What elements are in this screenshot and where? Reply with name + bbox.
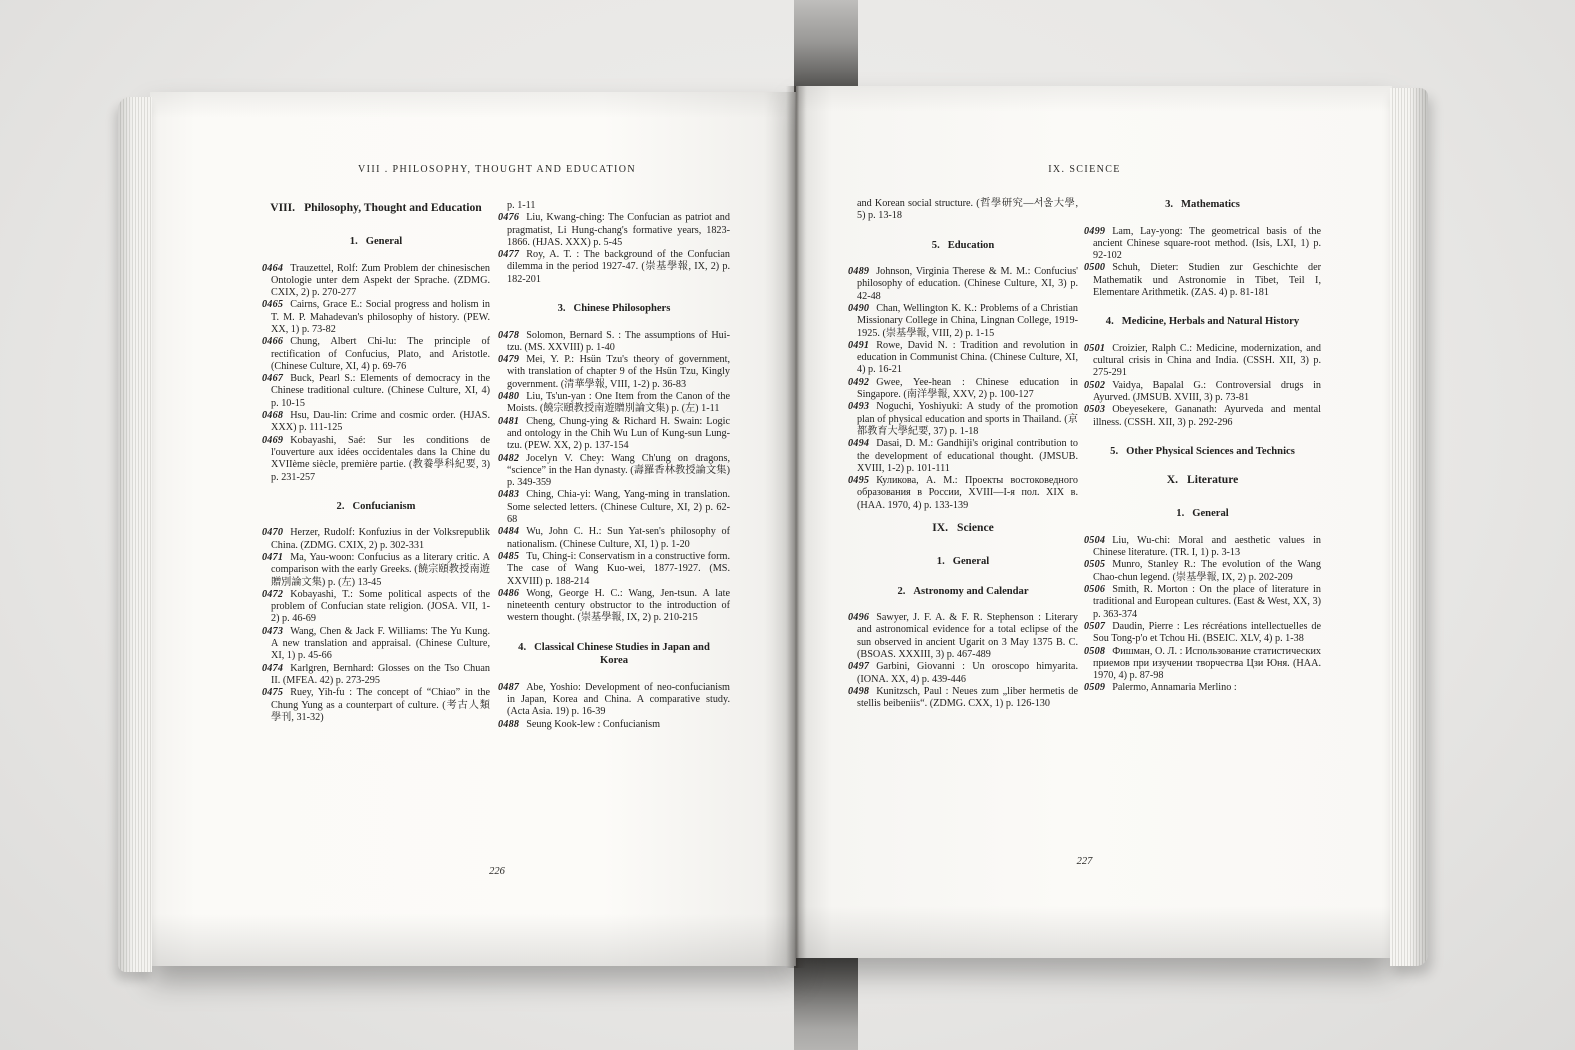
bibliography-entry: 0481Cheng, Chung-ying & Richard H. Swain… — [498, 416, 730, 453]
entry-text: Schuh, Dieter: Studien zur Geschichte de… — [1093, 262, 1321, 298]
left-page-column-2: p. 1-110476Liu, Kwang-ching: The Confuci… — [498, 200, 730, 731]
bibliography-entry: 0500Schuh, Dieter: Studien zur Geschicht… — [1084, 262, 1321, 299]
right-page-edge-stack — [1390, 88, 1428, 966]
bibliography-entry: 0468Hsu, Dau-lin: Crime and cosmic order… — [262, 410, 490, 435]
entry-text: Sawyer, J. F. A. & F. R. Stephenson : Li… — [857, 612, 1078, 660]
bibliography-entry: 0494Dasai, D. M.: Gandhiji's original co… — [848, 438, 1078, 475]
section-number: 5. — [1110, 446, 1118, 457]
right-page-column-1: and Korean social structure. (哲學研究—서울大學,… — [848, 198, 1078, 710]
entry-number: 0494 — [848, 438, 869, 449]
section-heading: 3.Chinese Philosophers — [498, 302, 730, 316]
bibliography-entry: 0466Chung, Albert Chi-lu: The principle … — [262, 336, 490, 373]
section-title: Medicine, Herbals and Natural History — [1122, 316, 1299, 327]
entry-number: 0486 — [498, 588, 519, 599]
section-heading: 2.Confucianism — [262, 500, 490, 514]
section-title: Mathematics — [1181, 199, 1240, 210]
entry-number: 0477 — [498, 249, 519, 260]
bibliography-entry: 0503Obeyesekere, Gananath: Ayurveda and … — [1084, 404, 1321, 429]
page-number-right: 227 — [848, 856, 1321, 867]
entry-number: 0469 — [262, 435, 283, 446]
section-heading: 1.General — [262, 235, 490, 249]
entry-number: 0508 — [1084, 646, 1105, 657]
bibliography-entry: 0489Johnson, Virginia Therese & M. M.: C… — [848, 266, 1078, 303]
entry-text: Kobayashi, T.: Some political aspects of… — [271, 589, 490, 625]
entry-number: 0506 — [1084, 584, 1105, 595]
entry-text: Vaidya, Bapalal G.: Controversial drugs … — [1093, 380, 1321, 403]
section-heading: 5.Other Physical Sciences and Technics — [1084, 445, 1321, 459]
page-number-left: 226 — [262, 866, 732, 877]
bibliography-entry: 0509Palermo, Annamaria Merlino : — [1084, 682, 1321, 694]
bibliography-entry: 0476Liu, Kwang-ching: The Confucian as p… — [498, 212, 730, 249]
section-title: Education — [948, 240, 995, 251]
section-number: 5. — [932, 240, 940, 251]
entry-text: Liu, Kwang-ching: The Confucian as patri… — [507, 212, 730, 248]
section-number: 3. — [1165, 199, 1173, 210]
running-head-right: IX. SCIENCE — [848, 164, 1321, 175]
entry-text: Wu, John C. H.: Sun Yat-sen's philosophy… — [507, 526, 730, 549]
entry-text: Seung Kook-lew : Confucianism — [526, 719, 660, 730]
bibliography-entry: 0499Lam, Lay-yong: The geometrical basis… — [1084, 226, 1321, 263]
chapter-heading: IX.Science — [848, 520, 1078, 535]
entry-number: 0471 — [262, 552, 283, 563]
bibliography-entry: 0474Karlgren, Bernhard: Glosses on the T… — [262, 663, 490, 688]
section-title: General — [1192, 508, 1228, 519]
entry-text: Cheng, Chung-ying & Richard H. Swain: Lo… — [507, 416, 730, 452]
entry-number: 0495 — [848, 475, 869, 486]
left-page-column-1: VIII.Philosophy, Thought and Education1.… — [262, 200, 490, 724]
chapter-heading: X.Literature — [1084, 472, 1321, 487]
right-page-column-2: 3.Mathematics0499Lam, Lay-yong: The geom… — [1084, 198, 1321, 695]
bibliography-entry: 0486Wong, George H. C.: Wang, Jen-tsun. … — [498, 588, 730, 625]
entry-text: Obeyesekere, Gananath: Ayurveda and ment… — [1093, 404, 1321, 427]
section-heading: 1.General — [848, 555, 1078, 569]
bibliography-entry: 0465Cairns, Grace E.: Social progress an… — [262, 299, 490, 336]
entry-number: 0470 — [262, 527, 283, 538]
section-title: Confucianism — [352, 501, 415, 512]
entry-text: Kobayashi, Saé: Sur les conditions de l'… — [271, 435, 490, 483]
entry-text: Liu, Ts'un-yan : One Item from the Canon… — [507, 391, 730, 414]
entry-number: 0467 — [262, 373, 283, 384]
entry-number: 0476 — [498, 212, 519, 223]
bibliography-entry: 0488Seung Kook-lew : Confucianism — [498, 719, 730, 731]
bibliography-entry: 0480Liu, Ts'un-yan : One Item from the C… — [498, 391, 730, 416]
entry-text: Dasai, D. M.: Gandhiji's original contri… — [857, 438, 1078, 474]
section-number: 1. — [1176, 508, 1184, 519]
bibliography-entry: 0501Croizier, Ralph C.: Medicine, modern… — [1084, 343, 1321, 380]
section-number: 2. — [337, 501, 345, 512]
chapter-number: X. — [1167, 473, 1178, 486]
entry-number: 0483 — [498, 489, 519, 500]
section-title: General — [366, 236, 402, 247]
entry-text: Gwee, Yee-hean : Chinese education in Si… — [857, 377, 1078, 400]
bibliography-entry: 0467Buck, Pearl S.: Elements of democrac… — [262, 373, 490, 410]
entry-number: 0481 — [498, 416, 519, 427]
entry-text: Tu, Ching-i: Conservatism in a construct… — [507, 551, 730, 587]
entry-number: 0475 — [262, 687, 283, 698]
entry-number: 0492 — [848, 377, 869, 388]
left-page-edge-stack — [118, 97, 152, 972]
entry-text: Noguchi, Yoshiyuki: A study of the promo… — [857, 401, 1078, 437]
entry-number: 0500 — [1084, 262, 1105, 273]
entry-number: 0474 — [262, 663, 283, 674]
entry-number: 0472 — [262, 589, 283, 600]
entry-text: Chan, Wellington K. K.: Problems of a Ch… — [857, 303, 1078, 339]
section-title: Classical Chinese Studies in Japan and K… — [534, 642, 710, 667]
entry-text: Wong, George H. C.: Wang, Jen-tsun. A la… — [507, 588, 730, 624]
section-heading: 2.Astronomy and Calendar — [848, 585, 1078, 599]
entry-continuation: p. 1-11 — [498, 200, 730, 212]
entry-text: Munro, Stanley R.: The evolution of the … — [1093, 559, 1321, 582]
section-heading: 4.Classical Chinese Studies in Japan and… — [498, 641, 730, 668]
chapter-number: IX. — [932, 521, 948, 534]
section-title: Other Physical Sciences and Technics — [1126, 446, 1295, 457]
entry-number: 0484 — [498, 526, 519, 537]
entry-text: Solomon, Bernard S. : The assumptions of… — [507, 330, 730, 353]
entry-number: 0499 — [1084, 226, 1105, 237]
bibliography-entry: 0491Rowe, David N. : Tradition and revol… — [848, 340, 1078, 377]
entry-continuation: and Korean social structure. (哲學研究—서울大學,… — [848, 198, 1078, 223]
entry-number: 0465 — [262, 299, 283, 310]
bibliography-entry: 0485Tu, Ching-i: Conservatism in a const… — [498, 551, 730, 588]
bibliography-entry: 0479Mei, Y. P.: Hsün Tzu's theory of gov… — [498, 354, 730, 391]
section-number: 1. — [937, 556, 945, 567]
entry-number: 0507 — [1084, 621, 1105, 632]
bibliography-entry: 0484Wu, John C. H.: Sun Yat-sen's philos… — [498, 526, 730, 551]
section-number: 2. — [897, 586, 905, 597]
section-number: 3. — [558, 303, 566, 314]
chapter-heading: VIII.Philosophy, Thought and Education — [262, 200, 490, 215]
entry-text: p. 1-11 — [507, 200, 535, 211]
bibliography-entry: 0495Куликова, А. М.: Проекты востоковедн… — [848, 475, 1078, 512]
entry-number: 0503 — [1084, 404, 1105, 415]
left-page: VIII . PHILOSOPHY, THOUGHT AND EDUCATION… — [150, 92, 796, 966]
entry-number: 0502 — [1084, 380, 1105, 391]
entry-text: Abe, Yoshio: Development of neo-confucia… — [507, 682, 730, 718]
entry-text: Palermo, Annamaria Merlino : — [1112, 682, 1236, 693]
chapter-title: Philosophy, Thought and Education — [304, 201, 482, 214]
bibliography-entry: 0493Noguchi, Yoshiyuki: A study of the p… — [848, 401, 1078, 438]
entry-text: Rowe, David N. : Tradition and revolutio… — [857, 340, 1078, 376]
entry-number: 0480 — [498, 391, 519, 402]
entry-text: Hsu, Dau-lin: Crime and cosmic order. (H… — [271, 410, 490, 433]
entry-text: Ruey, Yih-fu : The concept of “Chiao” in… — [271, 687, 490, 723]
bibliography-entry: 0471Ma, Yau-woon: Confucius as a literar… — [262, 552, 490, 589]
section-number: 4. — [1106, 316, 1114, 327]
entry-number: 0478 — [498, 330, 519, 341]
section-number: 4. — [518, 642, 526, 653]
entry-text: Lam, Lay-yong: The geometrical basis of … — [1093, 226, 1321, 262]
bibliography-entry: 0473Wang, Chen & Jack F. Williams: The Y… — [262, 626, 490, 663]
book-spread: VIII . PHILOSOPHY, THOUGHT AND EDUCATION… — [0, 0, 1575, 1050]
chapter-number: VIII. — [270, 201, 295, 214]
bibliography-entry: 0502Vaidya, Bapalal G.: Controversial dr… — [1084, 380, 1321, 405]
bibliography-entry: 0487Abe, Yoshio: Development of neo-conf… — [498, 682, 730, 719]
bibliography-entry: 0504Liu, Wu-chi: Moral and aesthetic val… — [1084, 535, 1321, 560]
section-heading: 4.Medicine, Herbals and Natural History — [1084, 315, 1321, 329]
entry-text: Herzer, Rudolf: Konfuzius in der Volksre… — [271, 527, 490, 550]
entry-number: 0485 — [498, 551, 519, 562]
entry-number: 0487 — [498, 682, 519, 693]
bibliography-entry: 0498Kunitzsch, Paul : Neues zum „liber h… — [848, 686, 1078, 711]
entry-text: Chung, Albert Chi-lu: The principle of r… — [271, 336, 490, 372]
section-title: Chinese Philosophers — [574, 303, 671, 314]
entry-text: Trauzettel, Rolf: Zum Problem der chines… — [271, 263, 490, 299]
entry-text: Croizier, Ralph C.: Medicine, modernizat… — [1093, 343, 1321, 379]
entry-text: Kunitzsch, Paul : Neues zum „liber herme… — [857, 686, 1078, 709]
bibliography-entry: 0508Фишман, О. Л. : Использование статис… — [1084, 646, 1321, 683]
bibliography-entry: 0492Gwee, Yee-hean : Chinese education i… — [848, 377, 1078, 402]
entry-number: 0493 — [848, 401, 869, 412]
bibliography-entry: 0475Ruey, Yih-fu : The concept of “Chiao… — [262, 687, 490, 724]
entry-number: 0466 — [262, 336, 283, 347]
entry-number: 0504 — [1084, 535, 1105, 546]
bibliography-entry: 0506Smith, R. Morton : On the place of l… — [1084, 584, 1321, 621]
entry-text: Wang, Chen & Jack F. Williams: The Yu Ku… — [271, 626, 490, 662]
entry-text: and Korean social structure. (哲學研究—서울大學,… — [857, 198, 1078, 221]
section-title: Astronomy and Calendar — [913, 586, 1028, 597]
entry-text: Ma, Yau-woon: Confucius as a literary cr… — [271, 552, 490, 588]
bibliography-entry: 0464Trauzettel, Rolf: Zum Problem der ch… — [262, 263, 490, 300]
entry-number: 0482 — [498, 453, 519, 464]
photograph-of-open-book: VIII . PHILOSOPHY, THOUGHT AND EDUCATION… — [0, 0, 1575, 1050]
entry-text: Jocelyn V. Chey: Wang Ch'ung on dragons,… — [507, 453, 730, 489]
right-page: IX. SCIENCE and Korean social structure.… — [796, 86, 1392, 958]
chapter-title: Science — [957, 521, 994, 534]
section-number: 1. — [350, 236, 358, 247]
bibliography-entry: 0469Kobayashi, Saé: Sur les conditions d… — [262, 435, 490, 484]
entry-text: Фишман, О. Л. : Использование статистиче… — [1093, 646, 1321, 682]
bibliography-entry: 0477Roy, A. T. : The background of the C… — [498, 249, 730, 286]
entry-number: 0497 — [848, 661, 869, 672]
entry-number: 0468 — [262, 410, 283, 421]
bibliography-entry: 0470Herzer, Rudolf: Konfuzius in der Vol… — [262, 527, 490, 552]
bibliography-entry: 0483Ching, Chia-yi: Wang, Yang-ming in t… — [498, 489, 730, 526]
entry-number: 0488 — [498, 719, 519, 730]
entry-text: Johnson, Virginia Therese & M. M.: Confu… — [857, 266, 1078, 302]
entry-number: 0509 — [1084, 682, 1105, 693]
entry-number: 0473 — [262, 626, 283, 637]
entry-number: 0505 — [1084, 559, 1105, 570]
section-heading: 1.General — [1084, 507, 1321, 521]
section-heading: 5.Education — [848, 239, 1078, 253]
entry-text: Куликова, А. М.: Проекты востоковедного … — [857, 475, 1078, 511]
entry-text: Liu, Wu-chi: Moral and aesthetic values … — [1093, 535, 1321, 558]
chapter-title: Literature — [1187, 473, 1238, 486]
entry-text: Cairns, Grace E.: Social progress and ho… — [271, 299, 490, 335]
entry-text: Karlgren, Bernhard: Glosses on the Tso C… — [271, 663, 490, 686]
bibliography-entry: 0472Kobayashi, T.: Some political aspect… — [262, 589, 490, 626]
bibliography-entry: 0497Garbini, Giovanni : Un oroscopo himy… — [848, 661, 1078, 686]
bibliography-entry: 0507Daudin, Pierre : Les récréations int… — [1084, 621, 1321, 646]
entry-text: Roy, A. T. : The background of the Confu… — [507, 249, 730, 285]
entry-text: Buck, Pearl S.: Elements of democracy in… — [271, 373, 490, 409]
bibliography-entry: 0496Sawyer, J. F. A. & F. R. Stephenson … — [848, 612, 1078, 661]
running-head-left: VIII . PHILOSOPHY, THOUGHT AND EDUCATION — [262, 164, 732, 175]
entry-number: 0490 — [848, 303, 869, 314]
entry-text: Mei, Y. P.: Hsün Tzu's theory of governm… — [507, 354, 730, 390]
entry-number: 0501 — [1084, 343, 1105, 354]
entry-text: Smith, R. Morton : On the place of liter… — [1093, 584, 1321, 620]
entry-text: Garbini, Giovanni : Un oroscopo himyarit… — [857, 661, 1078, 684]
section-heading: 3.Mathematics — [1084, 198, 1321, 212]
entry-text: Ching, Chia-yi: Wang, Yang-ming in trans… — [507, 489, 730, 525]
entry-number: 0491 — [848, 340, 869, 351]
entry-number: 0489 — [848, 266, 869, 277]
entry-number: 0498 — [848, 686, 869, 697]
entry-number: 0464 — [262, 263, 283, 274]
bibliography-entry: 0482Jocelyn V. Chey: Wang Ch'ung on drag… — [498, 453, 730, 490]
entry-text: Daudin, Pierre : Les récréations intelle… — [1093, 621, 1321, 644]
bibliography-entry: 0478Solomon, Bernard S. : The assumption… — [498, 330, 730, 355]
bibliography-entry: 0490Chan, Wellington K. K.: Problems of … — [848, 303, 1078, 340]
entry-number: 0479 — [498, 354, 519, 365]
bibliography-entry: 0505Munro, Stanley R.: The evolution of … — [1084, 559, 1321, 584]
entry-number: 0496 — [848, 612, 869, 623]
section-title: General — [953, 556, 989, 567]
